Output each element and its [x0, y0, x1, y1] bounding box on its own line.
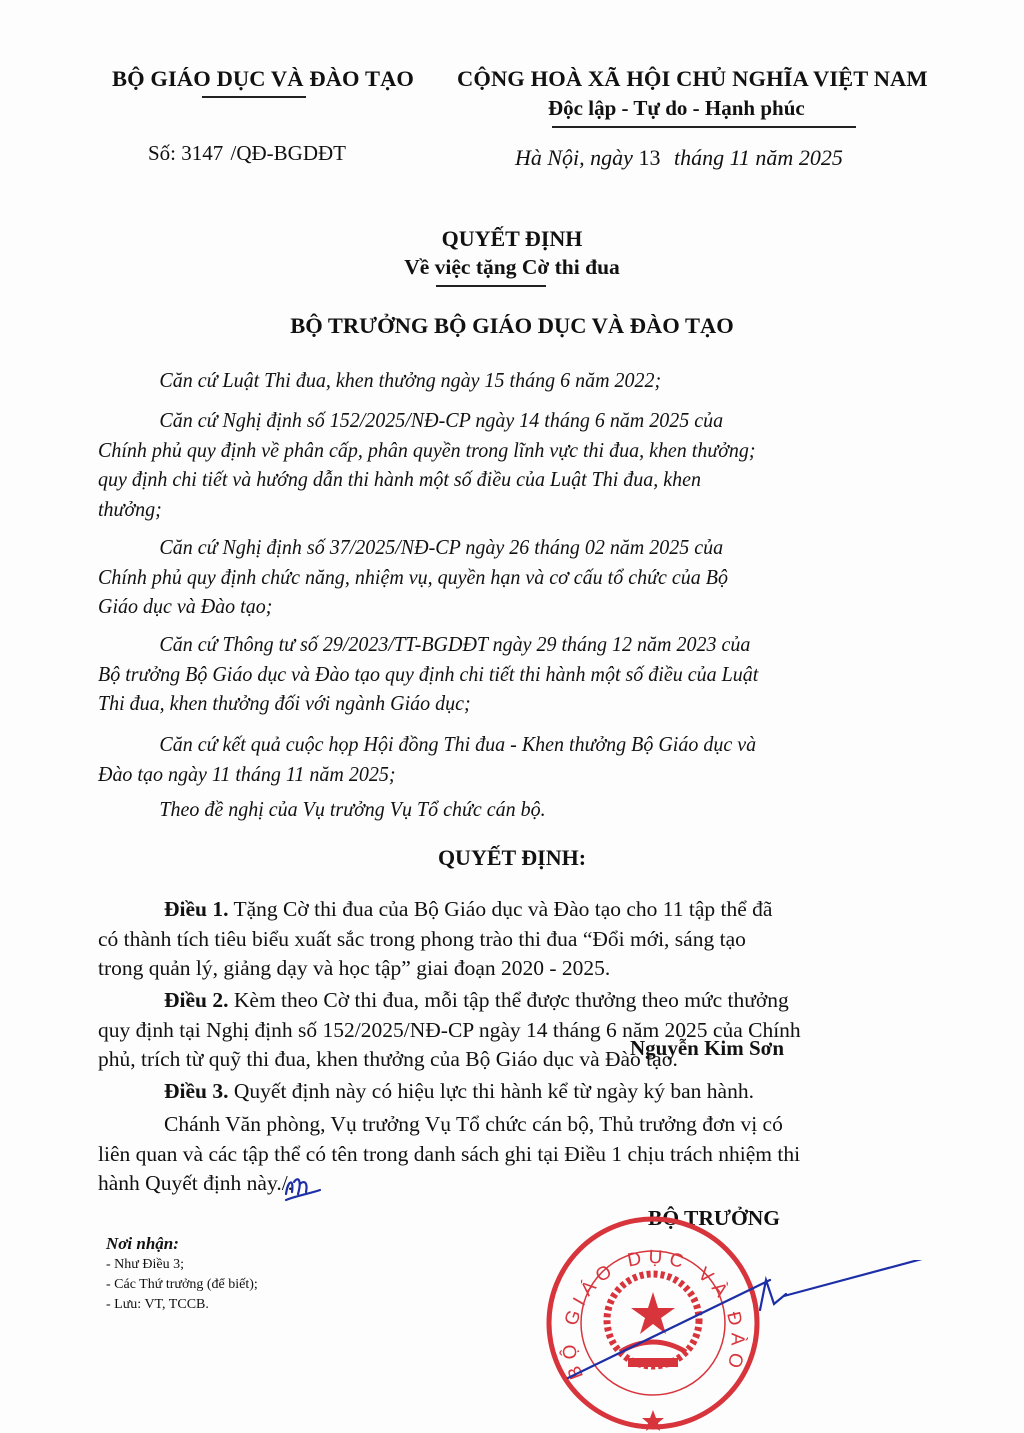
decision-heading: QUYẾT ĐỊNH: [0, 845, 1024, 871]
national-motto: Độc lập - Tự do - Hạnh phúc [548, 96, 805, 121]
country-name: CỘNG HOÀ XÃ HỘI CHỦ NGHĨA VIỆT NAM [457, 66, 928, 92]
article-text: Chánh Văn phòng, Vụ trưởng Vụ Tổ chức cá… [164, 1112, 783, 1136]
preamble-text: Thi đua, khen thưởng đối với ngành Giáo … [98, 691, 471, 715]
recipients-heading: Nơi nhận: [106, 1234, 179, 1254]
preamble-3: Căn cứ Nghị định số 37/2025/NĐ-CP ngày 2… [98, 533, 922, 622]
preamble-text: Căn cứ Nghị định số 152/2025/NĐ-CP ngày … [159, 408, 723, 432]
recipient-item: - Các Thứ trưởng (để biết); [106, 1275, 258, 1294]
preamble-text: Căn cứ kết quả cuộc họp Hội đồng Thi đua… [159, 732, 756, 756]
article-text: liên quan và các tập thể có tên trong da… [98, 1142, 800, 1166]
recipient-item: - Lưu: VT, TCCB. [106, 1295, 209, 1314]
article-label: Điều 1. [164, 897, 229, 921]
article-text: Kèm theo Cờ thi đua, mỗi tập thể được th… [229, 988, 789, 1012]
subject-underline [436, 285, 546, 287]
motto-underline [552, 126, 856, 128]
preamble-1: Căn cứ Luật Thi đua, khen thưởng ngày 15… [98, 366, 922, 396]
document-title: QUYẾT ĐỊNH [0, 226, 1024, 252]
date-day: 13 [638, 145, 660, 170]
date-rest: tháng 11 năm 2025 [674, 145, 843, 170]
article-text: hành Quyết định này./. [98, 1171, 293, 1195]
preamble-text: Bộ trưởng Bộ Giáo dục và Đào tạo quy địn… [98, 662, 758, 686]
preamble-6: Theo đề nghị của Vụ trưởng Vụ Tổ chức cá… [98, 795, 922, 825]
document-number: Số: 3147 /QĐ-BGDĐT [148, 141, 346, 166]
preamble-text: Theo đề nghị của Vụ trưởng Vụ Tổ chức cá… [159, 797, 545, 821]
agency-name: BỘ GIÁO DỤC VÀ ĐÀO TẠO [112, 66, 414, 92]
preamble-text: Giáo dục và Đào tạo; [98, 594, 272, 618]
article-label: Điều 2. [164, 988, 229, 1012]
initial-mark-icon [282, 1174, 324, 1204]
signer-name: Nguyễn Kim Sơn [630, 1036, 784, 1061]
issue-date: Hà Nội, ngày 13 tháng 11 năm 2025 [515, 145, 843, 171]
number-label: Số: [148, 141, 176, 165]
preamble-5: Căn cứ kết quả cuộc họp Hội đồng Thi đua… [98, 730, 922, 789]
preamble-4: Căn cứ Thông tư số 29/2023/TT-BGDĐT ngày… [98, 630, 922, 719]
issuing-authority: BỘ TRƯỞNG BỘ GIÁO DỤC VÀ ĐÀO TẠO [0, 313, 1024, 339]
article-text: Quyết định này có hiệu lực thi hành kể t… [229, 1079, 754, 1103]
signature-stroke-icon [560, 1260, 1024, 1380]
article-1: Điều 1. Tặng Cờ thi đua của Bộ Giáo dục … [98, 895, 922, 984]
preamble-2: Căn cứ Nghị định số 152/2025/NĐ-CP ngày … [98, 406, 922, 524]
article-label: Điều 3. [164, 1079, 229, 1103]
article-3: Điều 3. Quyết định này có hiệu lực thi h… [98, 1077, 922, 1107]
preamble-text: thưởng; [98, 497, 162, 521]
article-text: có thành tích tiêu biểu xuất sắc trong p… [98, 927, 746, 951]
recipient-item: - Như Điều 3; [106, 1255, 184, 1274]
agency-underline [202, 96, 306, 98]
article-2: Điều 2. Kèm theo Cờ thi đua, mỗi tập thể… [98, 986, 922, 1075]
article-text: Tặng Cờ thi đua của Bộ Giáo dục và Đào t… [229, 897, 773, 921]
date-prefix: Hà Nội, ngày [515, 145, 633, 170]
preamble-text: Chính phủ quy định về phân cấp, phân quy… [98, 438, 756, 462]
implementation-clause: Chánh Văn phòng, Vụ trưởng Vụ Tổ chức cá… [98, 1110, 922, 1199]
preamble-text: Căn cứ Nghị định số 37/2025/NĐ-CP ngày 2… [159, 535, 723, 559]
number-value: 3147 [181, 141, 223, 165]
preamble-text: Đào tạo ngày 11 tháng 11 năm 2025; [98, 762, 395, 786]
article-text: trong quản lý, giảng dạy và học tập” gia… [98, 956, 610, 980]
document-subject: Về việc tặng Cờ thi đua [0, 255, 1024, 280]
article-text: phủ, trích từ quỹ thi đua, khen thưởng c… [98, 1047, 678, 1071]
preamble-text: Chính phủ quy định chức năng, nhiệm vụ, … [98, 565, 728, 589]
preamble-text: quy định chi tiết và hướng dẫn thi hành … [98, 467, 701, 491]
number-suffix: /QĐ-BGDĐT [231, 141, 347, 165]
preamble-text: Căn cứ Thông tư số 29/2023/TT-BGDĐT ngày… [159, 632, 750, 656]
preamble-text: Căn cứ Luật Thi đua, khen thưởng ngày 15… [159, 368, 661, 392]
